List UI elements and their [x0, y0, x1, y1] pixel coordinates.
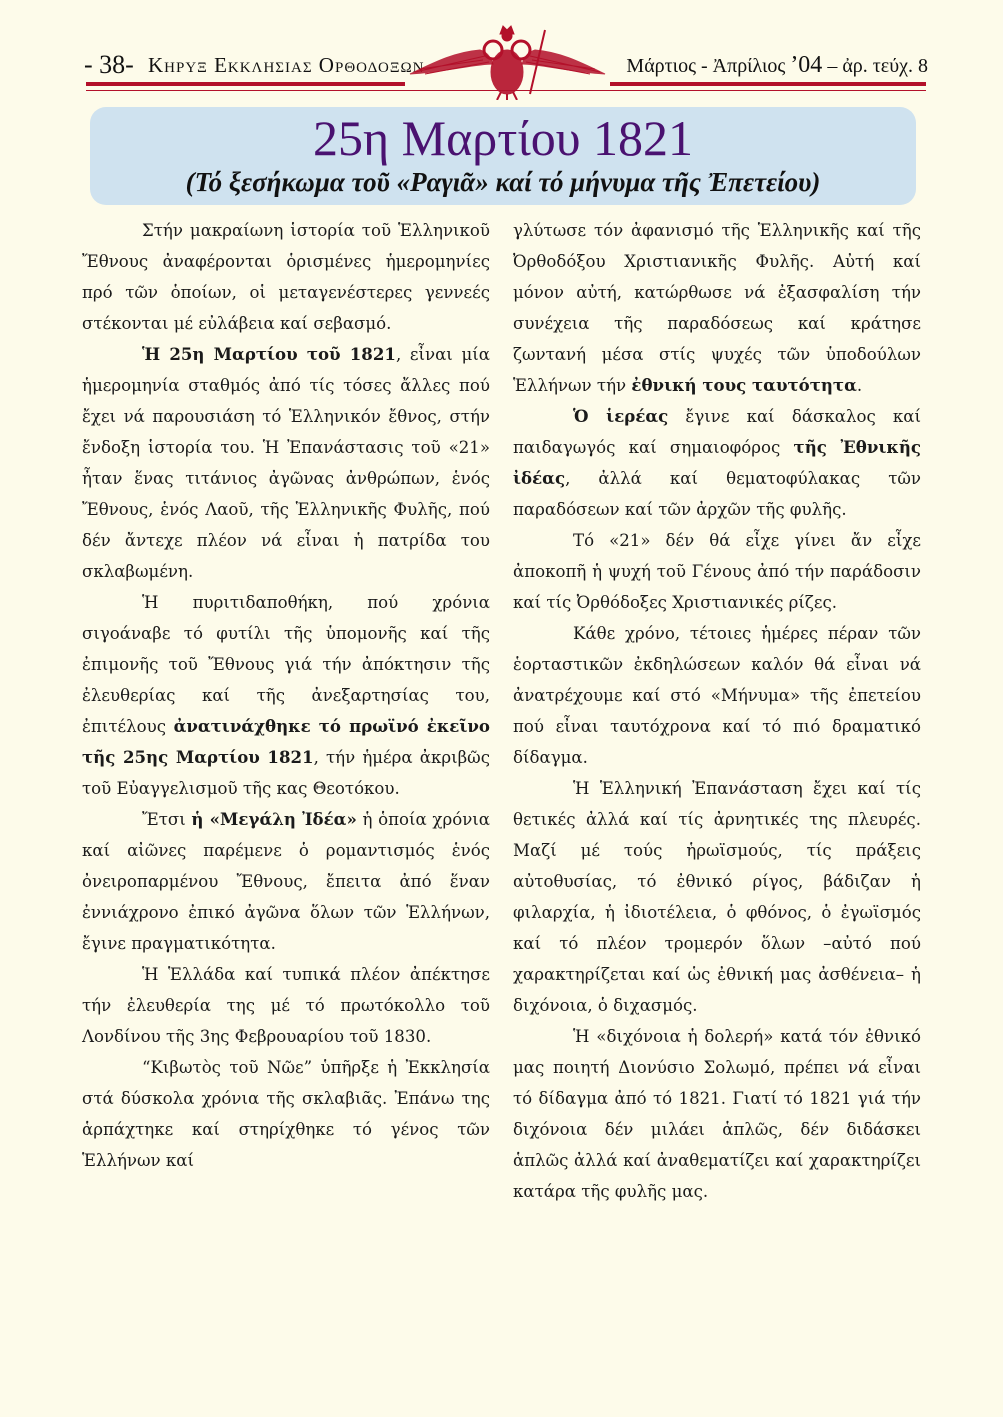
paragraph: Τό «21» δέν θά εἶχε γίνει ἄν εἶχε ἀποκοπ… — [513, 525, 921, 618]
paragraph: γλύτωσε τόν ἀφανισμό τῆς Ἑλληνικῆς καί τ… — [513, 215, 921, 401]
left-column: Στήν μακραίωνη ἱστορία τοῦ Ἑλληνικοῦ Ἔθν… — [82, 215, 490, 1176]
issue-info: Μάρτιος - Ἀπρίλιος ’04 – ἀρ. τεύχ. 8 — [626, 52, 928, 79]
page-number: - 38- — [84, 50, 134, 80]
paragraph: Ἔτσι ἡ «Μεγάλη Ἰδέα» ἡ ὁποία χρόνια καί … — [82, 804, 490, 959]
paragraph: “Κιβωτὸς τοῦ Νῶε” ὑπῆρξε ἡ Ἐκκλησία στά … — [82, 1052, 490, 1176]
article-title: 25η Μαρτίου 1821 — [90, 111, 916, 165]
text-run: , ἀλλά καί θεματοφύλακας τῶν παραδόσεων … — [513, 469, 921, 519]
bold-text: Ὁ ἱερέας — [573, 406, 668, 426]
text-run: Ἔτσι — [142, 810, 191, 829]
article-subtitle: (Τό ξεσήκωμα τοῦ «Ραγιᾶ» καί τό μήνυμα τ… — [90, 165, 916, 199]
article-title-box: 25η Μαρτίου 1821 (Τό ξεσήκωμα τοῦ «Ραγιᾶ… — [90, 107, 916, 205]
text-run: γλύτωσε τόν ἀφανισμό τῆς Ἑλληνικῆς καί τ… — [513, 221, 921, 395]
text-run: Ἡ «διχόνοια ἡ δολερή» κατά τόν ἐθνικό μα… — [513, 1027, 921, 1201]
text-run: . — [857, 376, 862, 395]
issue-number: – ἀρ. τεύχ. 8 — [822, 55, 928, 77]
text-run: Ἡ Ἑλλάδα καί τυπικά πλέον ἀπέκτησε τήν ἐ… — [82, 965, 490, 1046]
text-run: ἡ ὁποία χρόνια καί αἰῶνες παρέμενε ὁ ρομ… — [82, 810, 490, 953]
text-run: Ἡ Ἑλληνική Ἐπανάσταση ἔχει καί τίς θετικ… — [513, 779, 921, 1015]
paragraph: Ἡ 25η Μαρτίου τοῦ 1821, εἶναι μία ἡμερομ… — [82, 339, 490, 587]
bold-text: ἐθνική τους ταυτότητα — [631, 375, 856, 395]
paragraph: Ἡ Ἑλλάδα καί τυπικά πλέον ἀπέκτησε τήν ἐ… — [82, 959, 490, 1052]
text-run: Κάθε χρόνο, τέτοιες ἡμέρες πέραν τῶν ἑορ… — [513, 624, 921, 767]
paragraph: Κάθε χρόνο, τέτοιες ἡμέρες πέραν τῶν ἑορ… — [513, 618, 921, 773]
text-run: Ἡ πυριτιδαποθήκη, πού χρόνια σιγοάναβε τ… — [82, 593, 490, 736]
double-headed-eagle-icon — [405, 22, 610, 100]
text-run: “Κιβωτὸς τοῦ Νῶε” ὑπῆρξε ἡ Ἐκκλησία στά … — [82, 1058, 490, 1170]
bold-text: ἡ «Μεγάλη Ἰδέα» — [191, 809, 356, 829]
text-run: Τό «21» δέν θά εἶχε γίνει ἄν εἶχε ἀποκοπ… — [513, 531, 921, 612]
bold-text: Ἡ 25η Μαρτίου τοῦ 1821 — [142, 344, 396, 364]
text-run: , εἶναι μία ἡμερομηνία σταθμός ἀπό τίς τ… — [82, 345, 490, 581]
right-column: γλύτωσε τόν ἀφανισμό τῆς Ἑλληνικῆς καί τ… — [513, 215, 921, 1207]
issue-month: Μάρτιος - Ἀπρίλιος — [626, 55, 790, 77]
text-run: Στήν μακραίωνη ἱστορία τοῦ Ἑλληνικοῦ Ἔθν… — [82, 221, 490, 333]
issue-year: ’04 — [790, 52, 822, 78]
paragraph: Στήν μακραίωνη ἱστορία τοῦ Ἑλληνικοῦ Ἔθν… — [82, 215, 490, 339]
paragraph: Ὁ ἱερέας ἔγινε καί δάσκαλος καί παιδαγωγ… — [513, 401, 921, 525]
paragraph: Ἡ Ἑλληνική Ἐπανάσταση ἔχει καί τίς θετικ… — [513, 773, 921, 1021]
magazine-title: Κηρυξ Εκκλησιας Ορθοδοξων — [148, 53, 424, 78]
paragraph: Ἡ «διχόνοια ἡ δολερή» κατά τόν ἐθνικό μα… — [513, 1021, 921, 1207]
paragraph: Ἡ πυριτιδαποθήκη, πού χρόνια σιγοάναβε τ… — [82, 587, 490, 804]
